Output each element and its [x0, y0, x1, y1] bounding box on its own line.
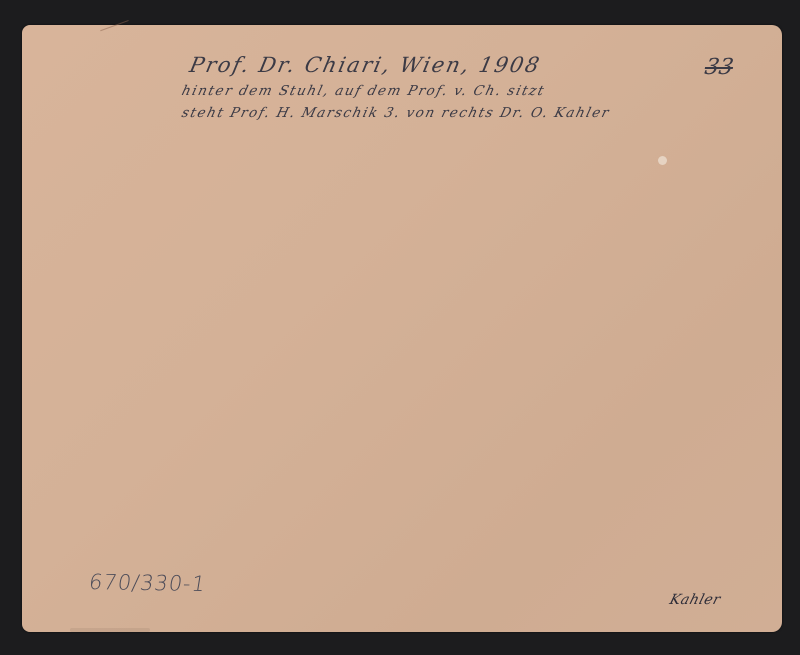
paper-spot [658, 156, 667, 165]
page-number-struck: 33 [703, 55, 735, 80]
photo-card-verso: Prof. Dr. Chiari, Wien, 1908 33 hinter d… [22, 25, 782, 632]
signature: Kahler [668, 592, 723, 608]
inscription-line-3: steht Prof. H. Marschik 3. von rechts Dr… [180, 105, 612, 121]
edge-wear [70, 628, 150, 632]
inventory-number: 670/330-1 [87, 570, 208, 596]
corner-pencil-mark [100, 20, 130, 34]
inscription-title-line: Prof. Dr. Chiari, Wien, 1908 [187, 53, 543, 77]
inscription-line-2: hinter dem Stuhl, auf dem Prof. v. Ch. s… [180, 83, 547, 99]
